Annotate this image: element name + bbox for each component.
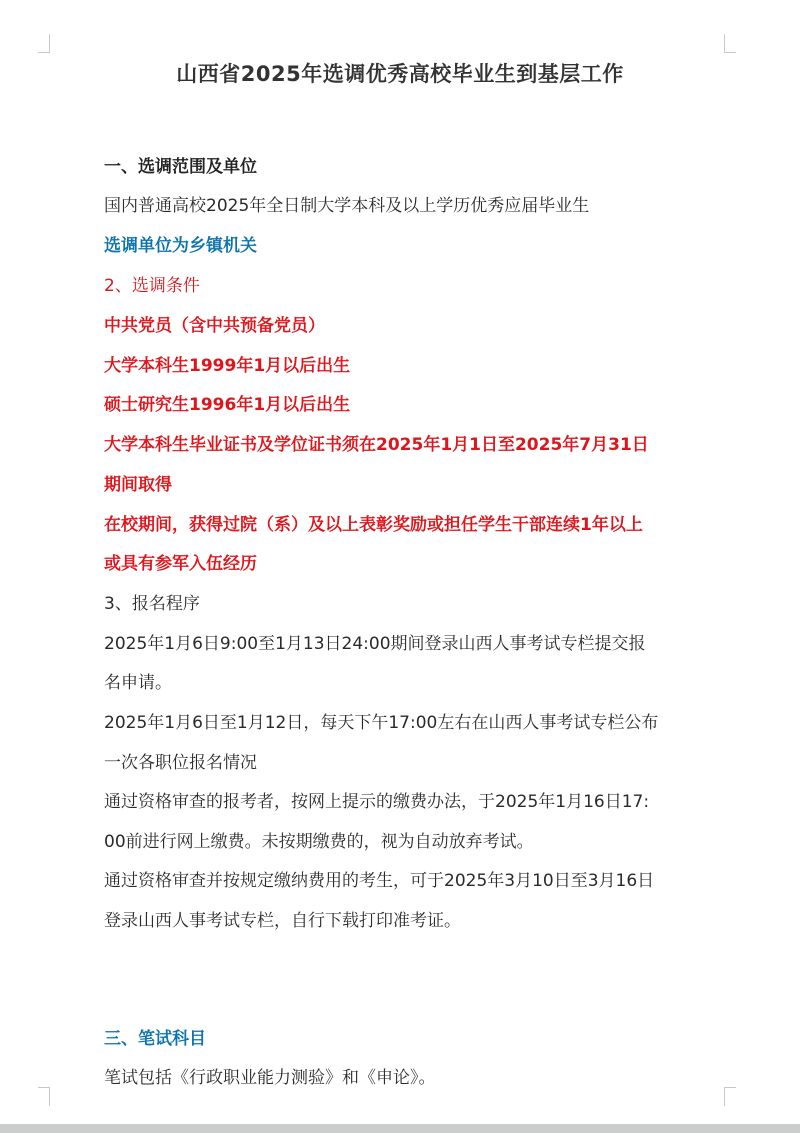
- registration-line: 通过资格审查的报考者，按网上提示的缴费办法，于2025年1月16日17:: [104, 787, 734, 812]
- condition-item: 在校期间，获得过院（系）及以上表彰奖励或担任学生干部连续1年以上: [104, 510, 734, 535]
- registration-line: 00前进行网上缴费。未按期缴费的，视为自动放弃考试。: [104, 827, 734, 852]
- page-corner-mark-top-left: [38, 34, 50, 53]
- page-corner-mark-bottom-right: [724, 1087, 736, 1106]
- scope-text: 国内普通高校2025年全日制大学本科及以上学历优秀应届毕业生: [104, 191, 734, 216]
- page-corner-mark-top-right: [724, 34, 736, 53]
- condition-item: 或具有参军入伍经历: [104, 549, 734, 574]
- registration-line: 登录山西人事考试专栏，自行下载打印准考证。: [104, 906, 734, 931]
- section-heading-registration: 3、报名程序: [104, 589, 734, 614]
- page-corner-mark-bottom-left: [38, 1087, 50, 1106]
- condition-item: 期间取得: [104, 470, 734, 495]
- condition-item: 中共党员（含中共预备党员）: [104, 311, 734, 336]
- section-heading-scope: 一、选调范围及单位: [104, 152, 734, 177]
- condition-item: 大学本科生毕业证书及学位证书须在2025年1月1日至2025年7月31日: [104, 430, 734, 455]
- registration-line: 通过资格审查并按规定缴纳费用的考生，可于2025年3月10日至3月16日: [104, 866, 734, 891]
- registration-line: 一次各职位报名情况: [104, 748, 734, 773]
- registration-line: 2025年1月6日9:00至1月13日24:00期间登录山西人事考试专栏提交报: [104, 629, 734, 654]
- exam-subjects-text: 笔试包括《行政职业能力测验》和《申论》。: [104, 1063, 734, 1088]
- section-heading-exam-subjects: 三、笔试科目: [104, 1024, 734, 1049]
- page-bottom-gutter: [0, 1124, 800, 1133]
- condition-item: 大学本科生1999年1月以后出生: [104, 351, 734, 376]
- registration-line: 2025年1月6日至1月12日，每天下午17:00左右在山西人事考试专栏公布: [104, 708, 734, 733]
- unit-text: 选调单位为乡镇机关: [104, 231, 734, 256]
- condition-item: 硕士研究生1996年1月以后出生: [104, 390, 734, 415]
- section-heading-conditions: 2、选调条件: [104, 271, 734, 296]
- registration-line: 名申请。: [104, 668, 734, 693]
- document-page: 山西省2025年选调优秀高校毕业生到基层工作 一、选调范围及单位 国内普通高校2…: [0, 0, 800, 1120]
- document-title: 山西省2025年选调优秀高校毕业生到基层工作: [0, 58, 800, 88]
